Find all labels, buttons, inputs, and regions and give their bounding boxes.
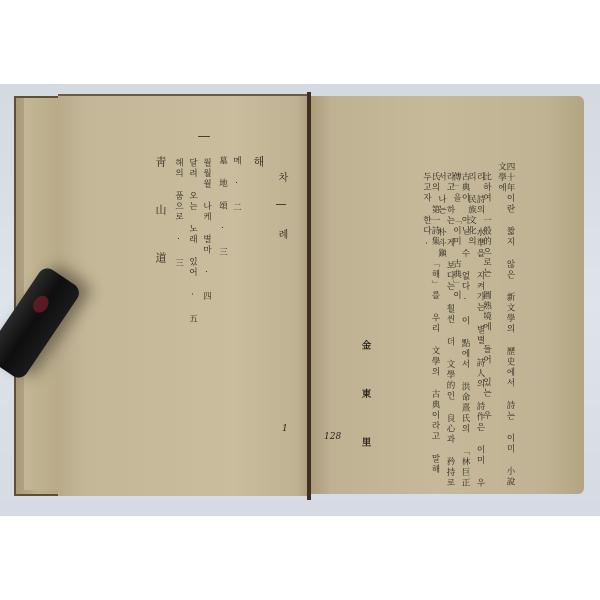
page-number-left: 1 — [282, 424, 288, 434]
body-column-6: 氏의 第一詩集 「해」를 우리 文學의 古典이라고 말해 두고자 한다. — [422, 172, 439, 494]
body-column-1: 四十年이란 짧지 않은 新文學의 歷史에서 詩는 이미 小說文學에 — [497, 162, 514, 494]
contents-item-2: 메 · 二 — [232, 156, 241, 213]
contents-item-6: 해의 품으로 · 三 — [174, 158, 183, 269]
left-page: 차 례 해 메 · 二 墓 地 頌 · 三 월월월 나케 별마 · 四 달려 오… — [58, 94, 310, 496]
heading-rule — [276, 204, 286, 205]
contents-item-3: 墓 地 頌 · 三 — [218, 156, 227, 258]
open-book: 차 례 해 메 · 二 墓 地 頌 · 三 월월월 나케 별마 · 四 달려 오… — [0, 0, 600, 600]
section-title: 靑 山 道 — [155, 156, 166, 275]
contents-heading: 차 례 — [276, 172, 286, 257]
pen-logo-icon — [30, 293, 52, 316]
contents-item-4: 월월월 나케 별마 · 四 — [202, 158, 211, 302]
top-rule — [198, 136, 210, 137]
page-number-right: 128 — [324, 432, 341, 442]
right-page: 四十年이란 짧지 않은 新文學의 歷史에서 詩는 이미 小說文學에 比하여 一般… — [310, 96, 584, 494]
contents-item-1: 해 — [253, 156, 264, 175]
book-spine — [307, 92, 311, 500]
author-name: 金 東 里 — [360, 340, 370, 461]
contents-item-5: 달려 오는 노래 있어 · 五 — [188, 158, 197, 325]
